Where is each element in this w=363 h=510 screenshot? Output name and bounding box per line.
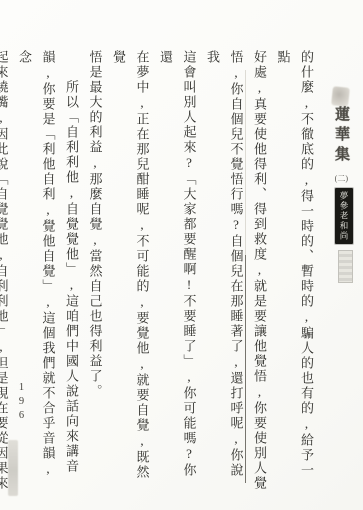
faded-label — [338, 250, 353, 283]
text-column: 好處,真要使他得利、得到救度,就是要讓他覺悟,你要使別人覺 — [248, 50, 272, 492]
text-column: 在夢中,正在那兒酣睡呢,不可能的,要覺他,就要自覺,既然覺 — [107, 50, 154, 492]
book-page: 蓮華集 (二) 夢參老和尚 的什麼,不徹底的,得一時的、暫時的,騙人的也有的,給… — [0, 0, 363, 510]
text-column: 悟,你自個兒不覺悟行嗎?自個兒在那睡著了,還打呼呢,你說我 — [201, 50, 248, 492]
author-label: 夢參老和尚 — [335, 188, 353, 244]
seal-stamp-icon — [331, 86, 350, 107]
text-column: 悟是最大的利益,那麼自覺,當然自己也得利益了。 — [83, 50, 107, 492]
text-column: 所以「自利利他,自覺覺他」,這咱們中國人說話向來講音 — [60, 50, 84, 492]
text-column: 韻,你要是「利他自利,覺他自覺」,這個我們就不合乎音韻,念 — [13, 50, 60, 492]
volume-number: (二) — [335, 173, 348, 184]
page-number: 196 — [16, 382, 27, 424]
body-text: 的什麼,不徹底的,得一時的、暫時的,騙人的也有的,給予一點 好處,真要使他得利、… — [34, 50, 318, 492]
text-column: 的什麼,不徹底的,得一時的、暫時的,騙人的也有的,給予一點 — [271, 50, 318, 492]
corner-ornament-icon — [8, 440, 18, 496]
book-title: 蓮華集 — [331, 106, 352, 166]
text-column: 起來繞嘴,因此說「自覺覺他,自利利他」,但是現在要從因果來 — [0, 50, 13, 492]
text-column: 這會叫別人起來?「大家都要醒啊!不要睡了」,你可能嗎?你還 — [154, 50, 201, 492]
